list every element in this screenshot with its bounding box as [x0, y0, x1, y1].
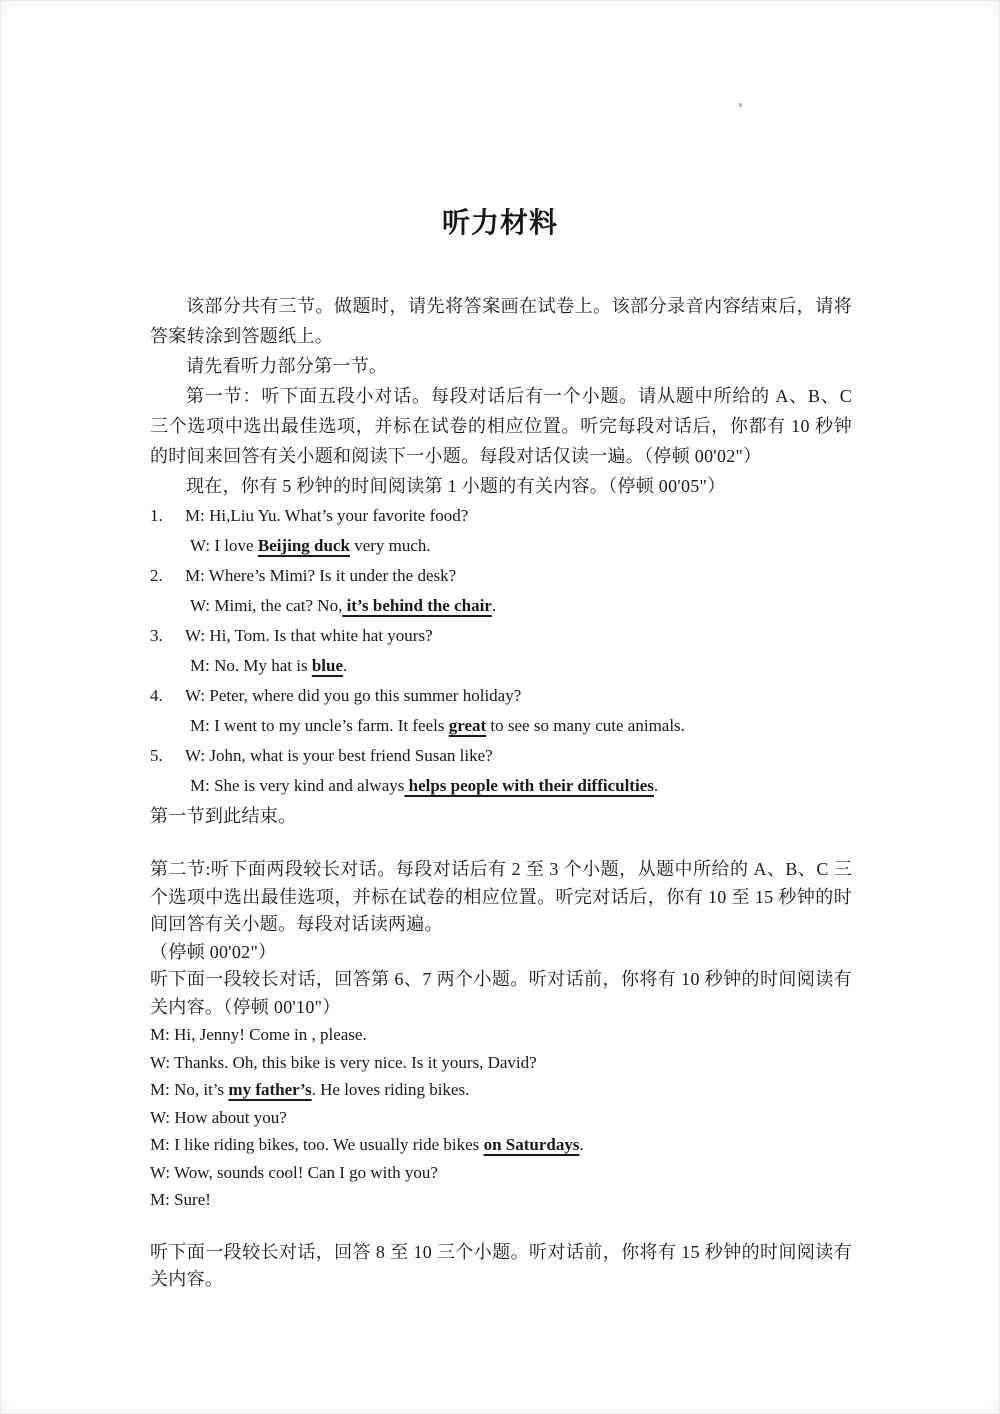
dialogue-line: W: Hi, Tom. Is that white hat yours? — [185, 621, 852, 651]
item-number: 3. — [150, 621, 185, 681]
dialogue-line: M: Where’s Mimi? Is it under the desk? — [185, 561, 852, 591]
paragraph: 该部分共有三节。做题时，请先将答案画在试卷上。该部分录音内容结束后，请将答案转涂… — [150, 291, 852, 351]
dialogue-line: W: John, what is your best friend Susan … — [185, 741, 852, 771]
item-body: W: John, what is your best friend Susan … — [185, 741, 852, 801]
dialogue-item: 4.W: Peter, where did you go this summer… — [150, 681, 852, 741]
answer-key-phrase: helps people with their difficulties — [404, 776, 654, 795]
item-body: W: Hi, Tom. Is that white hat yours?M: N… — [185, 621, 852, 681]
page-title: 听力材料 — [0, 0, 1000, 243]
dialogue-item: 1.M: Hi,Liu Yu. What’s your favorite foo… — [150, 501, 852, 561]
scan-artifact-dot — [739, 103, 742, 107]
paragraph: 现在，你有 5 秒钟的时间阅读第 1 小题的有关内容。（停顿 00'05"） — [150, 471, 852, 501]
paragraph: （停顿 00'02"） — [150, 939, 852, 967]
dialogue-line: M: I went to my uncle’s farm. It feels g… — [185, 711, 852, 741]
answer-key-phrase: blue — [312, 656, 343, 675]
paragraph: 听下面一段较长对话，回答 8 至 10 三个小题。听对话前，你将有 15 秒钟的… — [150, 1239, 852, 1294]
item-number: 5. — [150, 741, 185, 801]
dialogue-line: W: Mimi, the cat? No, it’s behind the ch… — [185, 591, 852, 621]
paragraph-gap — [150, 1214, 852, 1239]
dialogue-item: 5.W: John, what is your best friend Susa… — [150, 741, 852, 801]
dialogue-item: 3.W: Hi, Tom. Is that white hat yours?M:… — [150, 621, 852, 681]
dialogue-line: M: She is very kind and always helps peo… — [185, 771, 852, 801]
dialogue-line: M: No. My hat is blue. — [185, 651, 852, 681]
document-content: 该部分共有三节。做题时，请先将答案画在试卷上。该部分录音内容结束后，请将答案转涂… — [150, 291, 852, 1294]
dialogue-line: W: How about you? — [150, 1104, 852, 1132]
dialogue-line: M: I like riding bikes, too. We usually … — [150, 1131, 852, 1159]
dialogue-line: W: Thanks. Oh, this bike is very nice. I… — [150, 1049, 852, 1077]
answer-key-phrase: Beijing duck — [258, 536, 350, 555]
answer-key-phrase: on Saturdays — [484, 1135, 580, 1154]
document-page: 听力材料 该部分共有三节。做题时，请先将答案画在试卷上。该部分录音内容结束后，请… — [0, 0, 1000, 1414]
dialogue-line: W: I love Beijing duck very much. — [185, 531, 852, 561]
item-body: M: Hi,Liu Yu. What’s your favorite food?… — [185, 501, 852, 561]
paragraph: 第二节:听下面两段较长对话。每段对话后有 2 至 3 个小题，从题中所给的 A、… — [150, 856, 852, 939]
item-body: M: Where’s Mimi? Is it under the desk?W:… — [185, 561, 852, 621]
paragraph: 第一节到此结束。 — [150, 801, 852, 831]
paragraph: 听下面一段较长对话，回答第 6、7 两个小题。听对话前，你将有 10 秒钟的时间… — [150, 966, 852, 1021]
answer-key-phrase: it’s behind the chair — [342, 596, 492, 615]
paragraph: 请先看听力部分第一节。 — [150, 351, 852, 381]
item-body: W: Peter, where did you go this summer h… — [185, 681, 852, 741]
dialogue-line: M: Sure! — [150, 1186, 852, 1214]
paragraph: 第一节：听下面五段小对话。每段对话后有一个小题。请从题中所给的 A、B、C 三个… — [150, 381, 852, 471]
dialogue-line: M: Hi, Jenny! Come in , please. — [150, 1021, 852, 1049]
answer-key-phrase: great — [449, 716, 486, 735]
dialogue-line: M: No, it’s my father’s. He loves riding… — [150, 1076, 852, 1104]
item-number: 2. — [150, 561, 185, 621]
dialogue-item: 2.M: Where’s Mimi? Is it under the desk?… — [150, 561, 852, 621]
dialogue-line: W: Peter, where did you go this summer h… — [185, 681, 852, 711]
dialogue-line: M: Hi,Liu Yu. What’s your favorite food? — [185, 501, 852, 531]
answer-key-phrase: my father’s — [228, 1080, 311, 1099]
item-number: 4. — [150, 681, 185, 741]
paragraph-gap — [150, 831, 852, 856]
item-number: 1. — [150, 501, 185, 561]
dialogue-line: W: Wow, sounds cool! Can I go with you? — [150, 1159, 852, 1187]
